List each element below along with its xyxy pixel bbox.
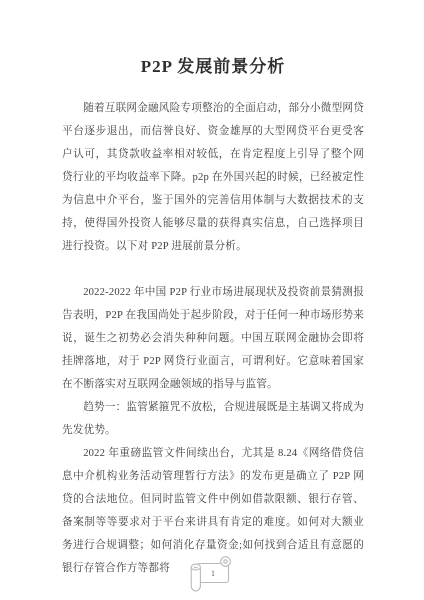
paragraph-intro: 随着互联网金融风险专项整治的全面启动，部分小微型网贷平台逐步退出，而信誉良好、资…	[62, 97, 364, 258]
scroll-roll-top	[191, 564, 200, 570]
scroll-page-number-icon: 1	[189, 555, 235, 595]
paragraph-trend-one-heading: 趋势一：监管紧箍咒不放松，合规进展既是主基调又将成为先发优势。	[62, 396, 364, 442]
page-footer: 1	[0, 555, 424, 595]
document-page: P2P 发展前景分析 随着互联网金融风险专项整治的全面启动，部分小微型网贷平台逐…	[0, 0, 424, 600]
paragraph-market-report: 2022-2022 年中国 P2P 行业市场进展现状及投资前景猜测报告表明，P2…	[62, 281, 364, 396]
scroll-roll	[191, 567, 200, 591]
scroll-curl-inner	[224, 560, 227, 563]
page-number: 1	[211, 569, 215, 578]
page-title: P2P 发展前景分析	[62, 54, 364, 80]
